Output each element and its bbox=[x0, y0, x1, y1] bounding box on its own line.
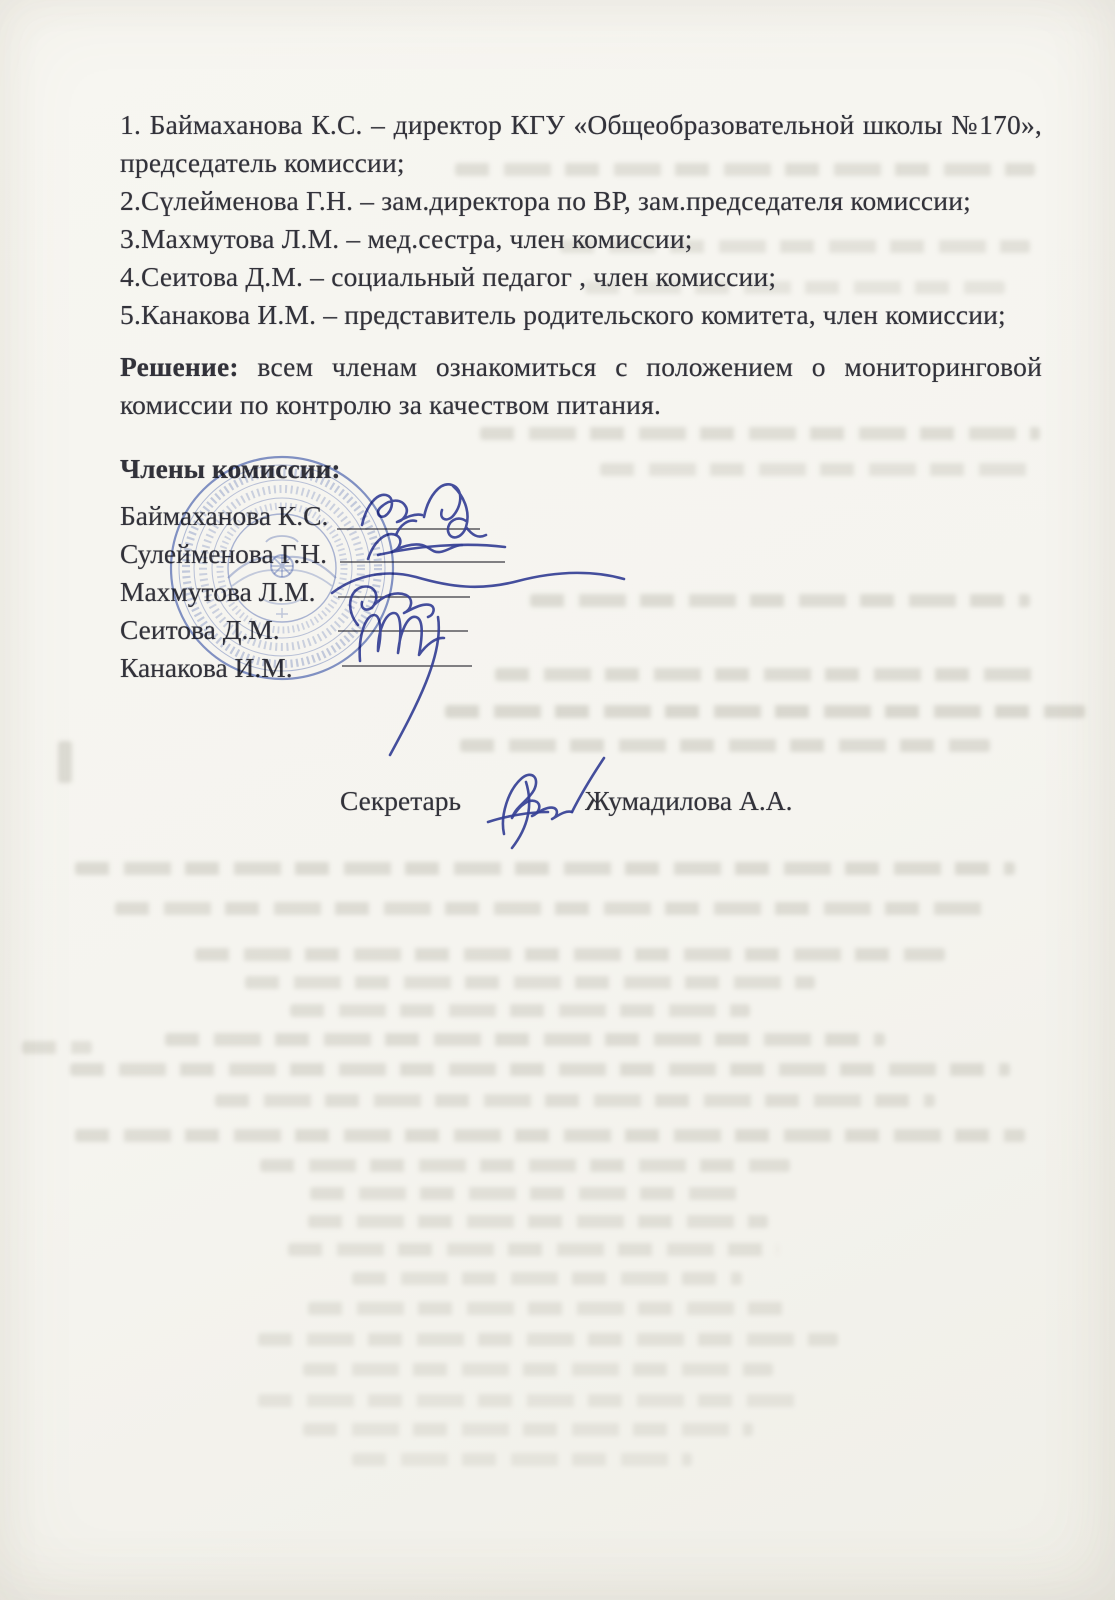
secretary-signature-ink bbox=[430, 738, 620, 868]
ghost-line bbox=[310, 1187, 740, 1200]
ghost-line bbox=[290, 1004, 750, 1017]
ghost-line bbox=[215, 1094, 935, 1107]
scanned-document-page: 1. Баймаханова К.С. – директор КГУ «Обще… bbox=[0, 0, 1115, 1600]
list-line-1b: председатель комиссии; bbox=[120, 144, 1042, 182]
ghost-line bbox=[303, 1423, 753, 1436]
decision-line-1: Решение: всем членам ознакомиться с поло… bbox=[120, 348, 1042, 386]
ghost-line bbox=[258, 1333, 838, 1346]
ghost-line bbox=[308, 1302, 788, 1315]
ghost-line bbox=[75, 1129, 1025, 1142]
signature-kanakova bbox=[360, 613, 444, 755]
signature-zhumadilova bbox=[488, 758, 604, 848]
ghost-line bbox=[58, 741, 72, 783]
signature-makhmutova bbox=[332, 573, 624, 593]
signature-seitova bbox=[350, 586, 434, 625]
signature-suleimenova bbox=[368, 521, 505, 559]
ghost-line bbox=[165, 1033, 885, 1046]
ghost-line bbox=[195, 948, 945, 961]
ghost-line bbox=[308, 1215, 768, 1228]
decision-paragraph: Решение: всем членам ознакомиться с поло… bbox=[120, 348, 1042, 424]
member-signatures-ink bbox=[320, 455, 650, 785]
list-line-4: 4.Сеитова Д.М. – социальный педагог , чл… bbox=[120, 258, 1042, 296]
list-line-3: 3.Махмутова Л.М. – мед.сестра, член коми… bbox=[120, 220, 1042, 258]
ghost-line bbox=[352, 1272, 742, 1285]
ghost-line bbox=[260, 1159, 790, 1172]
list-line-5: 5.Канакова И.М. – представитель родитель… bbox=[120, 296, 1042, 334]
ghost-line bbox=[600, 463, 1040, 476]
ghost-line bbox=[288, 1243, 778, 1256]
ghost-line bbox=[22, 1041, 92, 1054]
ghost-line bbox=[115, 902, 985, 915]
commission-list: 1. Баймаханова К.С. – директор КГУ «Обще… bbox=[120, 106, 1042, 334]
list-line-2: 2.Сүлейменова Г.Н. – зам.директора по ВР… bbox=[120, 182, 1042, 220]
decision-text-1: всем членам ознакомиться с положением о … bbox=[257, 351, 1042, 382]
decision-label: Решение: bbox=[120, 351, 239, 382]
ghost-line bbox=[303, 1363, 773, 1376]
decision-line-2: комиссии по контролю за качеством питани… bbox=[120, 386, 1042, 424]
ghost-line bbox=[70, 1063, 1010, 1076]
list-line-1: 1. Баймаханова К.С. – директор КГУ «Обще… bbox=[120, 106, 1042, 144]
ghost-line bbox=[352, 1453, 692, 1466]
ghost-line bbox=[245, 976, 815, 989]
ghost-line bbox=[480, 427, 1040, 440]
ghost-line bbox=[258, 1394, 808, 1407]
